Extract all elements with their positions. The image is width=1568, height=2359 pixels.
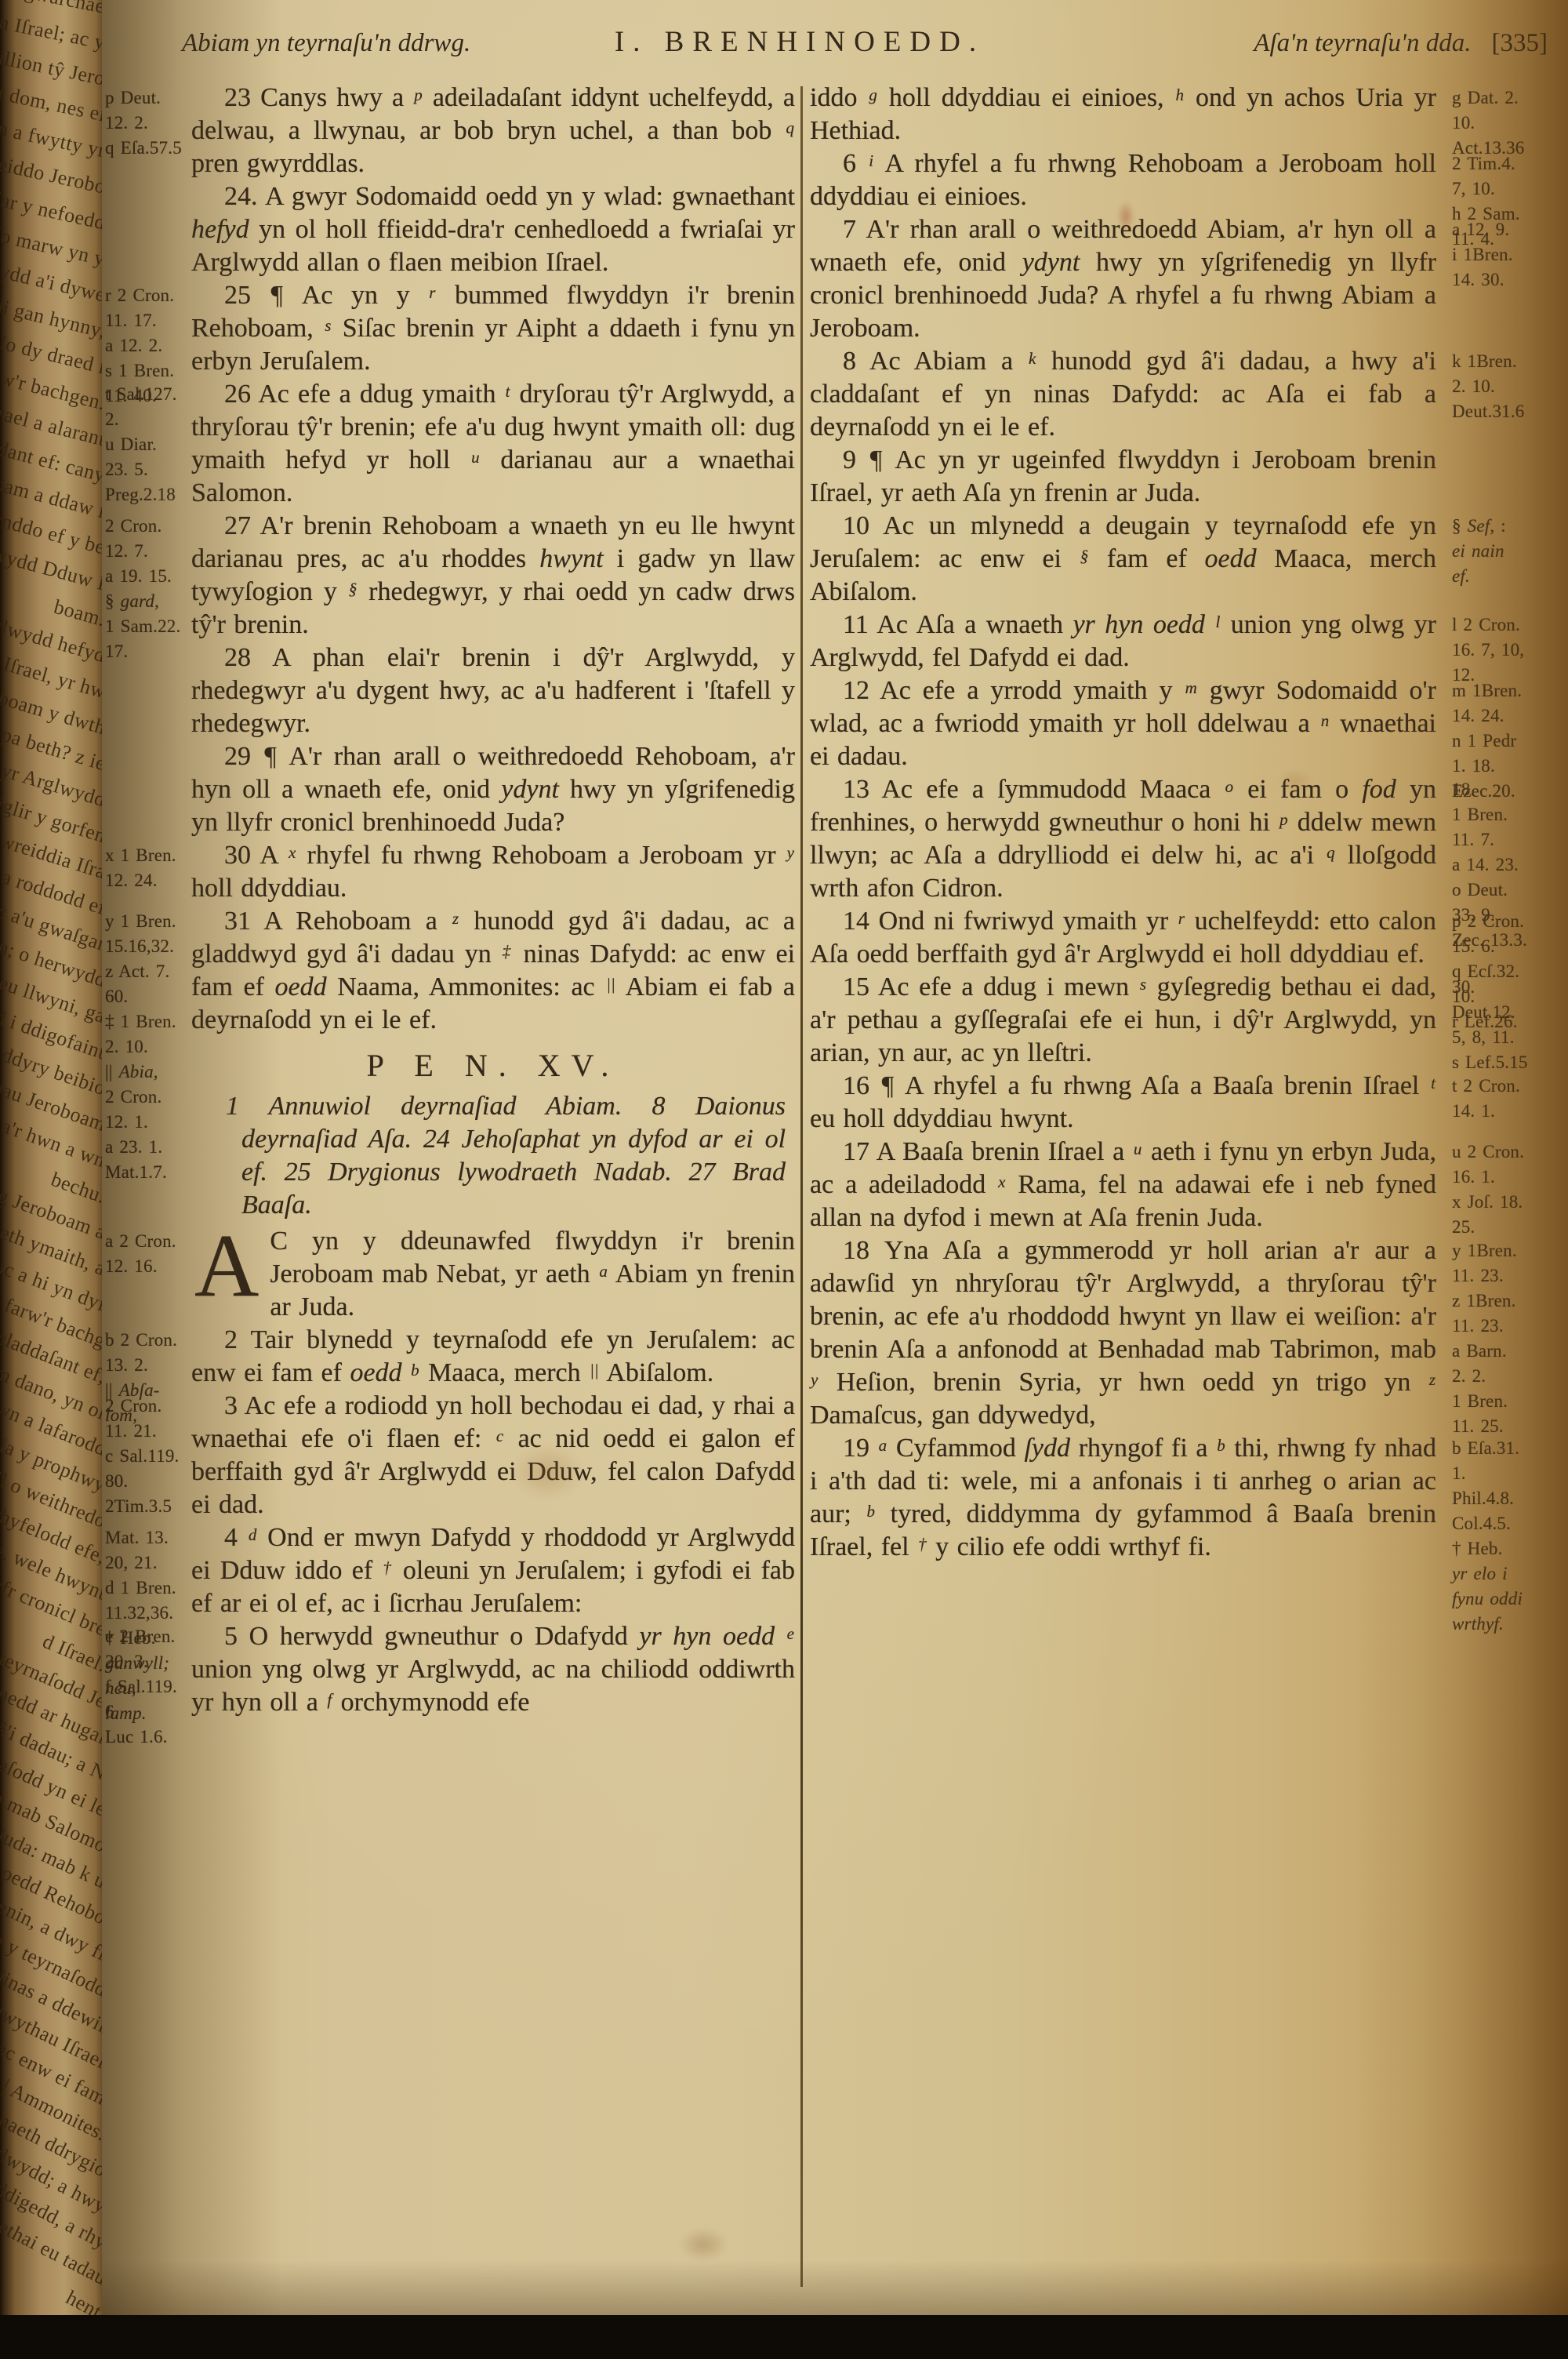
verse-row: t Sal.127.2.u Diar.23. 5.Preg.2.1826 Ac … bbox=[105, 378, 795, 510]
margin-note: t Sal.127. bbox=[105, 382, 182, 407]
verse-text: 8 Ac Abiam a k hunodd gyd â'i dadau, a h… bbox=[810, 345, 1436, 444]
margin-notes: u 2 Cron.16. 1.x Joſ. 18.25. bbox=[1446, 1136, 1562, 1234]
margin-notes: 2 Cron.11. 21.c Sal.119.80.2Tim.3.5 bbox=[105, 1390, 182, 1521]
verse-number: 27 bbox=[224, 511, 251, 540]
verse-row: 2 Cron.11. 21.c Sal.119.80.2Tim.3.53 Ac … bbox=[105, 1390, 795, 1521]
margin-note: 7, 10. bbox=[1452, 176, 1562, 202]
margin-notes bbox=[105, 740, 182, 839]
chapter-summary: 1 Annuwiol deyrnaſiad Abiam. 8 Daionus d… bbox=[191, 1090, 795, 1225]
margin-note: a Barn. bbox=[1452, 1339, 1562, 1364]
margin-note: 2. bbox=[105, 407, 182, 432]
margin-note: 11. 17. bbox=[105, 308, 182, 333]
verse-row: 12 Ac efe a yrrodd ymaith y m gwyr Sodom… bbox=[810, 674, 1562, 773]
margin-note: f Sal.119. bbox=[105, 1674, 182, 1699]
book-title: I. BRENHINOEDD. bbox=[596, 25, 1004, 59]
margin-notes: t 2 Cron.14. 1. bbox=[1446, 1070, 1562, 1136]
facing-page-text-fragment: bechu. bbox=[49, 1168, 108, 1209]
margin-notes: 2 Cron.12. 7.a 19. 15.§ gard,1 Sam.22.17… bbox=[105, 510, 182, 642]
facing-page-spine: gwarchaedig yn Iſrael; ac yweddillion tŷ… bbox=[0, 0, 108, 2315]
margin-note: Preg.2.18 bbox=[105, 482, 182, 507]
margin-note: e 2 Bren. bbox=[105, 1624, 182, 1649]
verse-text: 13 Ac efe a ſymmudodd Maaca o ei fam o f… bbox=[810, 773, 1436, 905]
verse-number: 29 bbox=[224, 742, 251, 771]
margin-notes: t Sal.127.2.u Diar.23. 5.Preg.2.18 bbox=[105, 378, 182, 510]
margin-note: c Sal.119. bbox=[105, 1444, 182, 1469]
margin-notes: b 2 Cron.13. 2.|| Abſa-lom, bbox=[105, 1324, 182, 1390]
margin-notes: y 1Bren.11. 23.z 1Bren.11. 23.a Barn.2. … bbox=[1446, 1234, 1562, 1432]
pilcrow-mark: ¶ bbox=[869, 445, 884, 474]
summary-row: 1 Annuwiol deyrnaſiad Abiam. 8 Daionus d… bbox=[105, 1090, 795, 1225]
margin-note: Deut.31.6 bbox=[1452, 399, 1562, 424]
scanned-book-photo: gwarchaedig yn Iſrael; ac yweddillion tŷ… bbox=[0, 0, 1568, 2359]
verse-text: 18 Yna Aſa a gymmerodd yr holl arian a'r… bbox=[810, 1234, 1436, 1432]
verse-row: 16 ¶ A rhyfel a fu rhwng Aſa a Baaſa bre… bbox=[810, 1070, 1562, 1136]
margin-note: m 1Bren. bbox=[1452, 678, 1562, 703]
pilcrow-mark: ¶ bbox=[880, 1071, 895, 1100]
verse-text: 5 O herwydd gwneuthur o Ddafydd yr hyn o… bbox=[191, 1620, 795, 1719]
margin-note: u 2 Cron. bbox=[1452, 1140, 1562, 1165]
margin-note: k 1Bren. bbox=[1452, 349, 1562, 374]
margin-note: wrthyf. bbox=[1452, 1612, 1562, 1637]
verse-number: 7 bbox=[843, 215, 856, 244]
margin-note: 6. bbox=[105, 1699, 182, 1725]
margin-note: fynu oddi bbox=[1452, 1587, 1562, 1612]
margin-note: 2. 10. bbox=[1452, 374, 1562, 399]
margin-notes: k 1Bren.2. 10.Deut.31.6 bbox=[1446, 345, 1562, 444]
margin-note: 5, 8, 11. bbox=[1452, 1025, 1562, 1050]
verse-text: 7 A'r rhan arall o weithredoedd Abiam, a… bbox=[810, 213, 1436, 345]
verse-number: 25 bbox=[224, 281, 251, 310]
verse-number: 9 bbox=[843, 445, 856, 474]
margin-note: a 12. 9. bbox=[1452, 217, 1562, 242]
verse-row: b 2 Cron.13. 2.|| Abſa-lom,2 Tair blyned… bbox=[105, 1324, 795, 1390]
verse-row: 15 Ac efe a ddug i mewn s gyſegredig bet… bbox=[810, 971, 1562, 1070]
margin-note: 18. bbox=[1452, 777, 1562, 802]
left-column: p Deut.12. 2.q Eſa.57.523 Canys hwy a p … bbox=[105, 82, 795, 2307]
margin-notes: y 1 Bren.15.16,32.z Act. 7.60.‡ 1 Bren.2… bbox=[105, 905, 182, 1037]
verse-row: y 1 Bren.15.16,32.z Act. 7.60.‡ 1 Bren.2… bbox=[105, 905, 795, 1037]
margin-note: y 1Bren. bbox=[1452, 1238, 1562, 1263]
margin-note: q Eſa.57.5 bbox=[105, 136, 182, 161]
margin-note: † Heb. bbox=[1452, 1536, 1562, 1561]
drop-cap: A bbox=[191, 1225, 270, 1299]
margin-note: 2 Cron. bbox=[105, 514, 182, 539]
margin-note: § Sef, : bbox=[1452, 514, 1562, 539]
verse-number: 6 bbox=[843, 149, 856, 178]
margin-note: x 1 Bren. bbox=[105, 843, 182, 868]
verse-number: 31 bbox=[224, 907, 251, 936]
verse-number: 2 bbox=[224, 1325, 238, 1354]
margin-note: d 1 Bren. bbox=[105, 1576, 182, 1601]
verse-number: 17 bbox=[843, 1137, 869, 1166]
margin-note: a 19. 15. bbox=[105, 564, 182, 589]
margin-note: 30. bbox=[1452, 975, 1562, 1000]
margin-note: 2 Tim.4. bbox=[1452, 151, 1562, 176]
verse-text: 2 Tair blynedd y teyrnaſodd efe yn Jeruſ… bbox=[191, 1324, 795, 1390]
chapter-heading: P E N. XV. bbox=[191, 1037, 795, 1090]
margin-note: 10. bbox=[1452, 111, 1562, 136]
verse-number: 4 bbox=[224, 1523, 238, 1552]
margin-note: p Deut. bbox=[105, 85, 182, 111]
margin-note: 1 Sam.22. bbox=[105, 614, 182, 639]
margin-note: Luc 1.6. bbox=[105, 1725, 182, 1750]
verse-row: 6 i A rhyfel a fu rhwng Rehoboam a Jerob… bbox=[810, 147, 1562, 213]
verse-number: 3 bbox=[224, 1391, 238, 1420]
verse-row: 14 Ond ni fwriwyd ymaith yr r uchelfeydd… bbox=[810, 905, 1562, 971]
margin-note: 11. 7. bbox=[1452, 827, 1562, 852]
margin-note: 11. 23. bbox=[1452, 1314, 1562, 1339]
margin-note: 12. 24. bbox=[105, 868, 182, 893]
margin-notes: p 2 Cron.15. 6.q Ecſ.32.10.r Lef.26. bbox=[1446, 905, 1562, 971]
verse-text: 15 Ac efe a ddug i mewn s gyſegredig bet… bbox=[810, 971, 1436, 1070]
margin-note: n 1 Pedr bbox=[1452, 729, 1562, 754]
pilcrow-mark: ¶ bbox=[263, 742, 278, 771]
verse-text: 14 Ond ni fwriwyd ymaith yr r uchelfeydd… bbox=[810, 905, 1436, 971]
verse-row: 19 a Cyfammod ſydd rhyngof fi a b thi, r… bbox=[810, 1432, 1562, 1564]
verse-row: 10 Ac un mlynedd a deugain y teyrnaſodd … bbox=[810, 510, 1562, 609]
verse-number: 8 bbox=[843, 347, 856, 376]
verse-text: 25 ¶ Ac yn y r bummed flwyddyn i'r breni… bbox=[191, 279, 795, 378]
margin-note: a 12. 2. bbox=[105, 333, 182, 358]
margin-note: u Diar. bbox=[105, 432, 182, 457]
margin-note: 2 Cron. bbox=[105, 1394, 182, 1419]
verse-text: 4 d Ond er mwyn Dafydd y rhoddodd yr Arg… bbox=[191, 1521, 795, 1620]
verse-number: 10 bbox=[843, 511, 869, 540]
margin-note: Col.4.5. bbox=[1452, 1511, 1562, 1536]
chapter-heading-text: P E N. XV. bbox=[191, 1049, 795, 1082]
margin-note: 12. 16. bbox=[105, 1254, 182, 1279]
verse-row: a 2 Cron.12. 16.AC yn y ddeunawfed flwyd… bbox=[105, 1225, 795, 1324]
verse-row: 18 Yna Aſa a gymmerodd yr holl arian a'r… bbox=[810, 1234, 1562, 1432]
margin-notes: a 2 Cron.12. 16. bbox=[105, 1225, 182, 1324]
margin-notes: Mat. 13.20, 21.d 1 Bren.11.32,36.† Heb.g… bbox=[105, 1521, 182, 1620]
margin-note: 12. 2. bbox=[105, 111, 182, 136]
margin-notes: 30.Deut.12.5, 8, 11.s Lef.5.15 bbox=[1446, 971, 1562, 1070]
chapter-heading-row: P E N. XV. bbox=[105, 1037, 795, 1090]
margin-note: 1. bbox=[1452, 1461, 1562, 1486]
verse-row: p Deut.12. 2.q Eſa.57.523 Canys hwy a p … bbox=[105, 82, 795, 180]
verse-text: 28 A phan elai'r brenin i dŷ'r Arglwydd,… bbox=[191, 642, 795, 740]
verse-number: 15 bbox=[843, 972, 869, 1001]
margin-note: r 2 Cron. bbox=[105, 283, 182, 308]
margin-notes bbox=[105, 1037, 182, 1090]
verse-number: 12 bbox=[843, 676, 869, 705]
page-header: Abiam yn teyrnaſu'n ddrwg. I. BRENHINOED… bbox=[182, 25, 1548, 59]
verse-row: x 1 Bren.12. 24.30 A x rhyfel fu rhwng R… bbox=[105, 839, 795, 905]
verse-text: 29 ¶ A'r rhan arall o weithredoedd Rehob… bbox=[191, 740, 795, 839]
verse-number: 30 bbox=[224, 841, 251, 870]
margin-note: 16. 1. bbox=[1452, 1165, 1562, 1190]
margin-notes bbox=[1446, 444, 1562, 510]
margin-notes: r 2 Cron.11. 17.a 12. 2.s 1 Bren.11. 40. bbox=[105, 279, 182, 378]
margin-note: y 1 Bren. bbox=[105, 909, 182, 934]
margin-notes bbox=[105, 180, 182, 279]
margin-note: 14. 30. bbox=[1452, 267, 1562, 293]
verse-text: 24. A gwyr Sodomaidd oedd yn y wlad: gwn… bbox=[191, 180, 795, 279]
verse-number: 16 bbox=[843, 1071, 869, 1100]
margin-note: g Dat. 2. bbox=[1452, 85, 1562, 111]
margin-note: § gard, bbox=[105, 589, 182, 614]
verse-row: 29 ¶ A'r rhan arall o weithredoedd Rehob… bbox=[105, 740, 795, 839]
margin-note: 2Tim.3.5 bbox=[105, 1494, 182, 1519]
verse-text: iddo g holl ddyddiau ei einioes, h ond y… bbox=[810, 82, 1436, 147]
verse-number: 13 bbox=[843, 775, 869, 804]
page: Abiam yn teyrnaſu'n ddrwg. I. BRENHINOED… bbox=[102, 0, 1568, 2315]
verse-number: 26 bbox=[224, 380, 251, 409]
verse-row: iddo g holl ddyddiau ei einioes, h ond y… bbox=[810, 82, 1562, 147]
facing-page-text-fragment: gwarchae bbox=[23, 0, 107, 19]
margin-note: yr elo i bbox=[1452, 1561, 1562, 1587]
margin-note: z 1Bren. bbox=[1452, 1289, 1562, 1314]
pilcrow-mark: ¶ bbox=[270, 281, 285, 310]
verse-text: 10 Ac un mlynedd a deugain y teyrnaſodd … bbox=[810, 510, 1436, 609]
verse-number: 24. bbox=[224, 182, 258, 211]
margin-note: i 1Bren. bbox=[1452, 242, 1562, 267]
page-number: [335] bbox=[1491, 29, 1547, 58]
margin-note: 60. bbox=[105, 984, 182, 1009]
margin-note: 20, 21. bbox=[105, 1550, 182, 1576]
margin-note: 1 Bren. bbox=[1452, 1389, 1562, 1414]
margin-notes: e 2 Bren.20. 3.f Sal.119.6.Luc 1.6. bbox=[105, 1620, 182, 1719]
margin-note: 15. 6. bbox=[1452, 934, 1562, 959]
verse-text: 11 Ac Aſa a wnaeth yr hyn oedd l union y… bbox=[810, 609, 1436, 674]
margin-note: 13. 2. bbox=[105, 1353, 182, 1378]
verse-row: 8 Ac Abiam a k hunodd gyd â'i dadau, a h… bbox=[810, 345, 1562, 444]
margin-note: 80. bbox=[105, 1469, 182, 1494]
verse-row: 24. A gwyr Sodomaidd oedd yn y wlad: gwn… bbox=[105, 180, 795, 279]
margin-notes: p Deut.12. 2.q Eſa.57.5 bbox=[105, 82, 182, 180]
verse-number: 19 bbox=[843, 1434, 869, 1463]
running-title-left: Abiam yn teyrnaſu'n ddrwg. bbox=[182, 29, 470, 58]
verse-text: 26 Ac efe a ddug ymaith t dryſorau tŷ'r … bbox=[191, 378, 795, 510]
verse-text: 6 i A rhyfel a fu rhwng Rehoboam a Jerob… bbox=[810, 147, 1436, 213]
verse-text: AC yn y ddeunawfed flwyddyn i'r brenin J… bbox=[191, 1225, 795, 1324]
verse-text: 12 Ac efe a yrrodd ymaith y m gwyr Sodom… bbox=[810, 674, 1436, 773]
verse-number: 23 bbox=[224, 83, 251, 112]
verse-row: 28 A phan elai'r brenin i dŷ'r Arglwydd,… bbox=[105, 642, 795, 740]
chapter-summary-text: 1 Annuwiol deyrnaſiad Abiam. 8 Daionus d… bbox=[191, 1090, 795, 1225]
verse-number: 11 bbox=[843, 610, 869, 639]
margin-note: Mat. 13. bbox=[105, 1525, 182, 1550]
margin-notes: a 12. 9.i 1Bren.14. 30. bbox=[1446, 213, 1562, 345]
margin-notes: 2 Tim.4.7, 10.h 2 Sam.11. 4. bbox=[1446, 147, 1562, 213]
verse-text: 9 ¶ Ac yn yr ugeinfed flwyddyn i Jeroboa… bbox=[810, 444, 1436, 510]
text-body: p Deut.12. 2.q Eſa.57.523 Canys hwy a p … bbox=[105, 82, 1562, 2307]
verse-row: Mat. 13.20, 21.d 1 Bren.11.32,36.† Heb.g… bbox=[105, 1521, 795, 1620]
margin-note: 11. 21. bbox=[105, 1419, 182, 1444]
margin-note: a 2 Cron. bbox=[105, 1229, 182, 1254]
margin-note: 14. 1. bbox=[1452, 1099, 1562, 1124]
margin-note: t 2 Cron. bbox=[1452, 1074, 1562, 1099]
margin-note: p 2 Cron. bbox=[1452, 909, 1562, 934]
verse-text: 16 ¶ A rhyfel a fu rhwng Aſa a Baaſa bre… bbox=[810, 1070, 1436, 1136]
verse-text: 19 a Cyfammod ſydd rhyngof fi a b thi, r… bbox=[810, 1432, 1436, 1564]
margin-note: ei nain bbox=[1452, 539, 1562, 564]
margin-notes: l 2 Cron.16. 7, 10,12. bbox=[1446, 609, 1562, 674]
margin-note: ‡ 1 Bren. bbox=[105, 1009, 182, 1034]
margin-note: z Act. 7. bbox=[105, 959, 182, 984]
margin-notes: m 1Bren.14. 24.n 1 Pedr1. 18.Ezec.20. bbox=[1446, 674, 1562, 773]
margin-note: 11. 23. bbox=[1452, 1263, 1562, 1289]
facing-page-text-fragment: boam. bbox=[52, 595, 108, 632]
margin-note: b 2 Cron. bbox=[105, 1328, 182, 1353]
margin-notes bbox=[105, 642, 182, 740]
column-divider-rule bbox=[800, 86, 803, 2287]
verse-row: 9 ¶ Ac yn yr ugeinfed flwyddyn i Jeroboa… bbox=[810, 444, 1562, 510]
verse-row: e 2 Bren.20. 3.f Sal.119.6.Luc 1.6.5 O h… bbox=[105, 1620, 795, 1719]
margin-note: b Eſa.31. bbox=[1452, 1436, 1562, 1461]
margin-notes: g Dat. 2.10.Act.13.36 bbox=[1446, 82, 1562, 147]
margin-note: a 14. 23. bbox=[1452, 852, 1562, 878]
verse-row: 17 A Baaſa brenin Iſrael a u aeth i fynu… bbox=[810, 1136, 1562, 1234]
verse-row: 2 Cron.12. 7.a 19. 15.§ gard,1 Sam.22.17… bbox=[105, 510, 795, 642]
right-column: iddo g holl ddyddiau ei einioes, h ond y… bbox=[810, 82, 1562, 2307]
verse-row: 13 Ac efe a ſymmudodd Maaca o ei fam o f… bbox=[810, 773, 1562, 905]
margin-note: 2. 2. bbox=[1452, 1364, 1562, 1389]
verse-row: r 2 Cron.11. 17.a 12. 2.s 1 Bren.11. 40.… bbox=[105, 279, 795, 378]
margin-note: l 2 Cron. bbox=[1452, 612, 1562, 638]
verse-number: 28 bbox=[224, 643, 251, 672]
verse-text: 30 A x rhyfel fu rhwng Rehoboam a Jerobo… bbox=[191, 839, 795, 905]
margin-note: ef. bbox=[1452, 564, 1562, 589]
margin-note: 15.16,32. bbox=[105, 934, 182, 959]
verse-number: 18 bbox=[843, 1236, 869, 1265]
margin-note: Phil.4.8. bbox=[1452, 1486, 1562, 1511]
verse-text: 23 Canys hwy a p adeiladaſant iddynt uch… bbox=[191, 82, 795, 180]
margin-notes: 18.1 Bren.11. 7.a 14. 23.o Deut.33. 9.Ze… bbox=[1446, 773, 1562, 905]
verse-text: 17 A Baaſa brenin Iſrael a u aeth i fynu… bbox=[810, 1136, 1436, 1234]
running-title-right: Aſa'n teyrnaſu'n dda. bbox=[1254, 29, 1471, 58]
margin-note: 23. 5. bbox=[105, 457, 182, 482]
verse-text: 27 A'r brenin Rehoboam a wnaeth yn eu ll… bbox=[191, 510, 795, 642]
verse-number: 14 bbox=[843, 907, 869, 936]
verse-text: 31 A Rehoboam a z hunodd gyd â'i dadau, … bbox=[191, 905, 795, 1037]
margin-note: Deut.12. bbox=[1452, 1000, 1562, 1025]
verse-row: 11 Ac Aſa a wnaeth yr hyn oedd l union y… bbox=[810, 609, 1562, 674]
margin-notes: b Eſa.31.1.Phil.4.8.Col.4.5.† Heb.yr elo… bbox=[1446, 1432, 1562, 1564]
margin-note: 16. 7, 10, bbox=[1452, 638, 1562, 663]
margin-notes bbox=[105, 1090, 182, 1225]
margin-note: 14. 24. bbox=[1452, 703, 1562, 729]
margin-notes: x 1 Bren.12. 24. bbox=[105, 839, 182, 905]
margin-note: o Deut. bbox=[1452, 878, 1562, 903]
margin-note: 20. 3. bbox=[105, 1649, 182, 1674]
verse-number: 5 bbox=[224, 1622, 238, 1651]
verse-text: 3 Ac efe a rodiodd yn holl bechodau ei d… bbox=[191, 1390, 795, 1521]
margin-note: x Joſ. 18. bbox=[1452, 1190, 1562, 1215]
margin-notes: § Sef, :ei nainef. bbox=[1446, 510, 1562, 609]
margin-note: 1 Bren. bbox=[1452, 802, 1562, 827]
margin-note: 12. 7. bbox=[105, 539, 182, 564]
verse-row: 7 A'r rhan arall o weithredoedd Abiam, a… bbox=[810, 213, 1562, 345]
